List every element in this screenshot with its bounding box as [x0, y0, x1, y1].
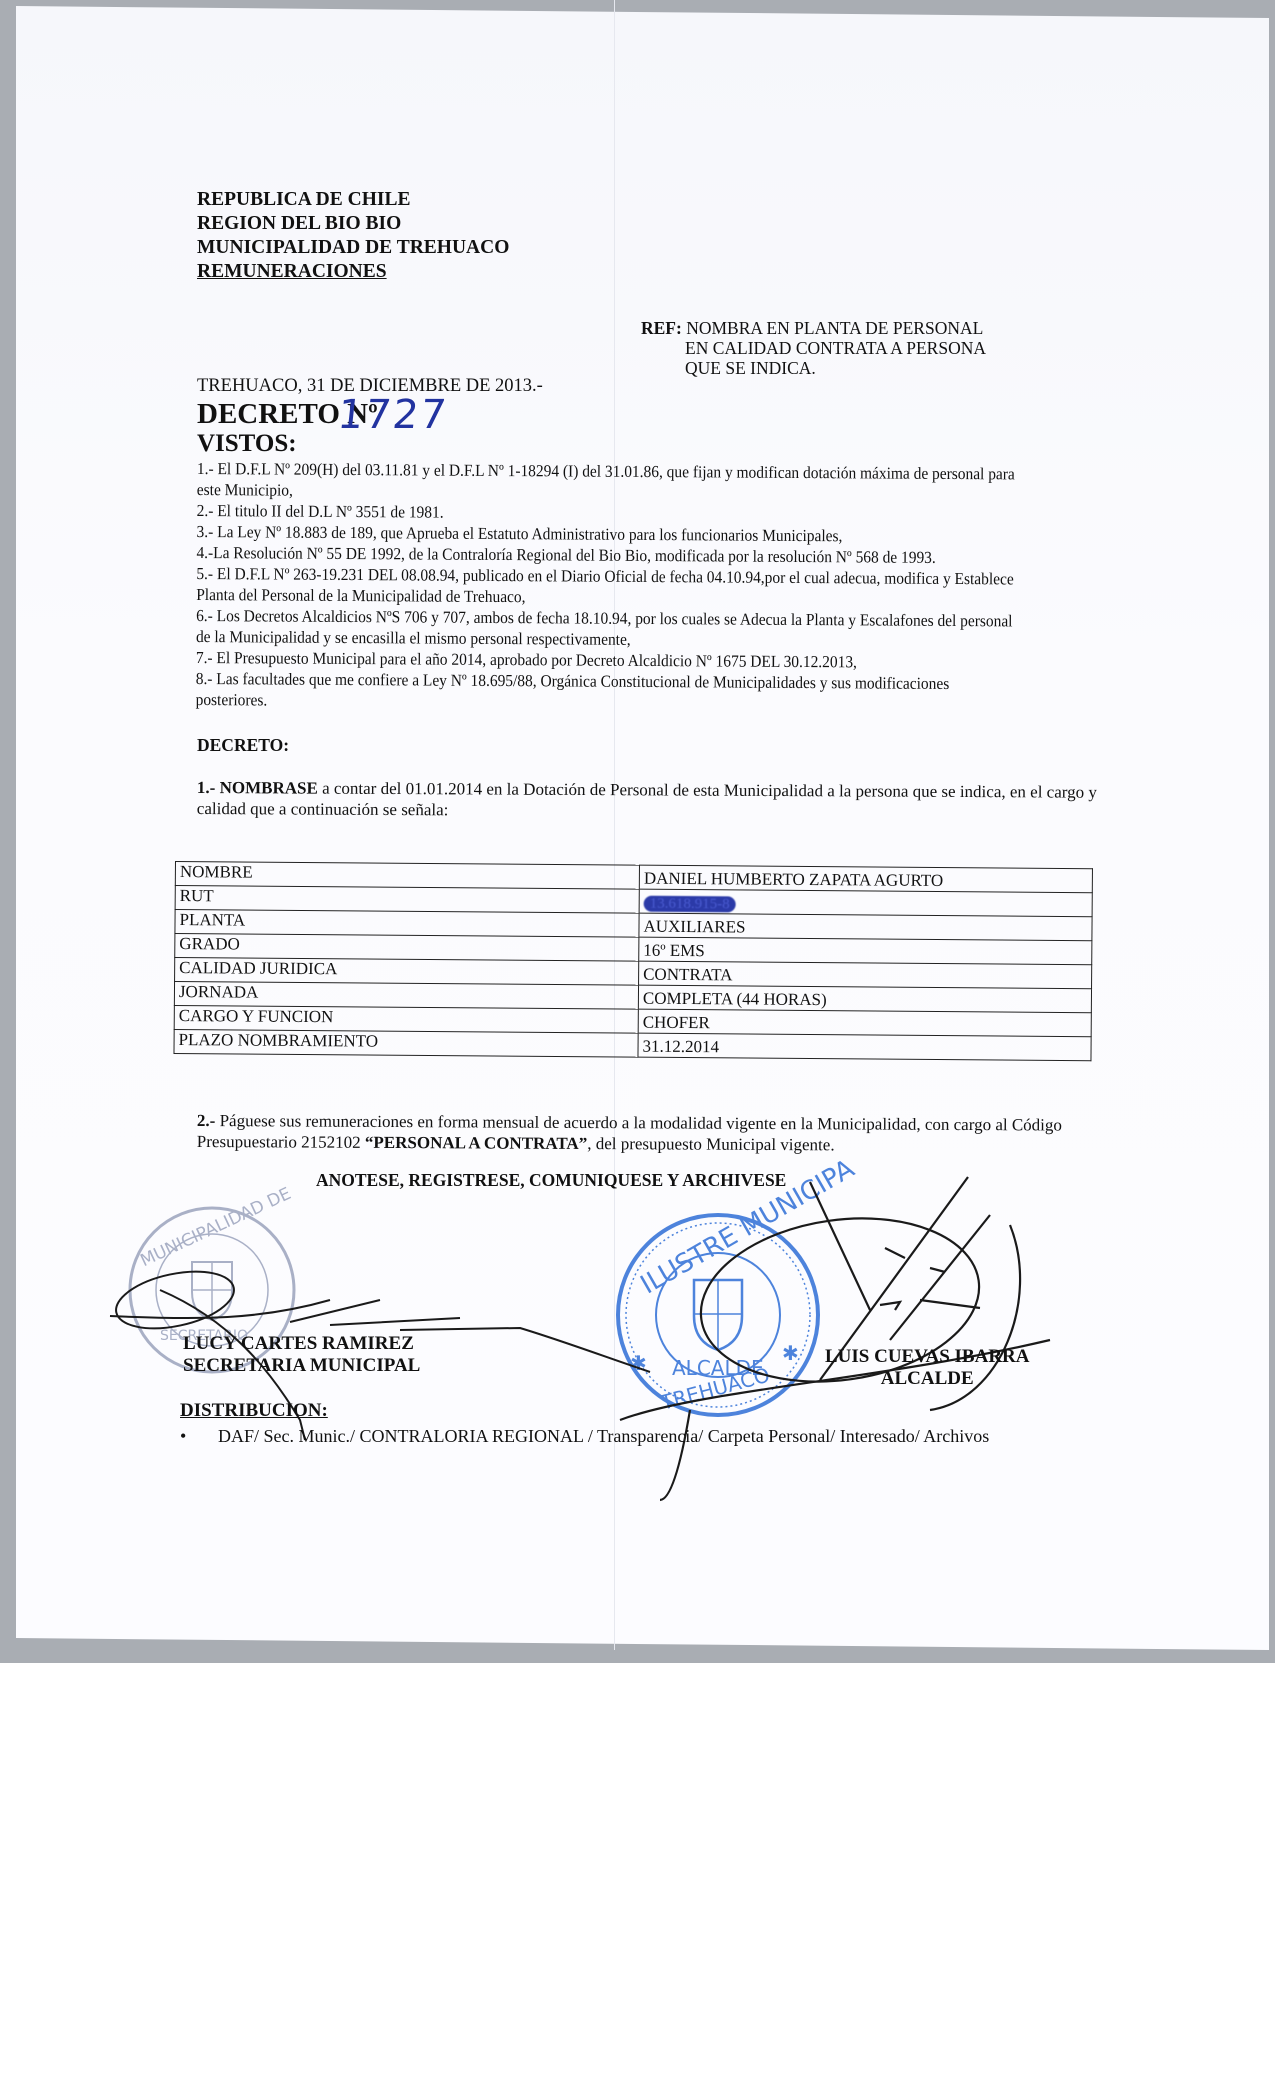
secretary-signature-block: LUCY CARTES RAMIREZ SECRETARIA MUNICIPAL	[183, 1333, 420, 1377]
distribution-text: DAF/ Sec. Munic./ CONTRALORIA REGIONAL /…	[218, 1426, 1060, 1447]
svg-text:✱: ✱	[630, 1353, 647, 1375]
svg-text:✱: ✱	[782, 1343, 799, 1365]
document-page: REPUBLICA DE CHILE REGION DEL BIO BIO MU…	[0, 0, 1275, 1663]
secretary-name: LUCY CARTES RAMIREZ	[183, 1333, 420, 1355]
mayor-title: ALCALDE	[825, 1368, 1029, 1390]
bullet-icon: •	[180, 1426, 186, 1447]
secretary-title: SECRETARIA MUNICIPAL	[183, 1355, 420, 1377]
distribution-heading: DISTRIBUCION:	[180, 1400, 328, 1422]
mayor-signature-block: LUIS CUEVAS IBARRA ALCALDE	[825, 1346, 1029, 1390]
mayor-signature-icon	[620, 1177, 1050, 1500]
mayor-name: LUIS CUEVAS IBARRA	[825, 1346, 1029, 1368]
distribution-item: • DAF/ Sec. Munic./ CONTRALORIA REGIONAL…	[180, 1426, 1060, 1447]
